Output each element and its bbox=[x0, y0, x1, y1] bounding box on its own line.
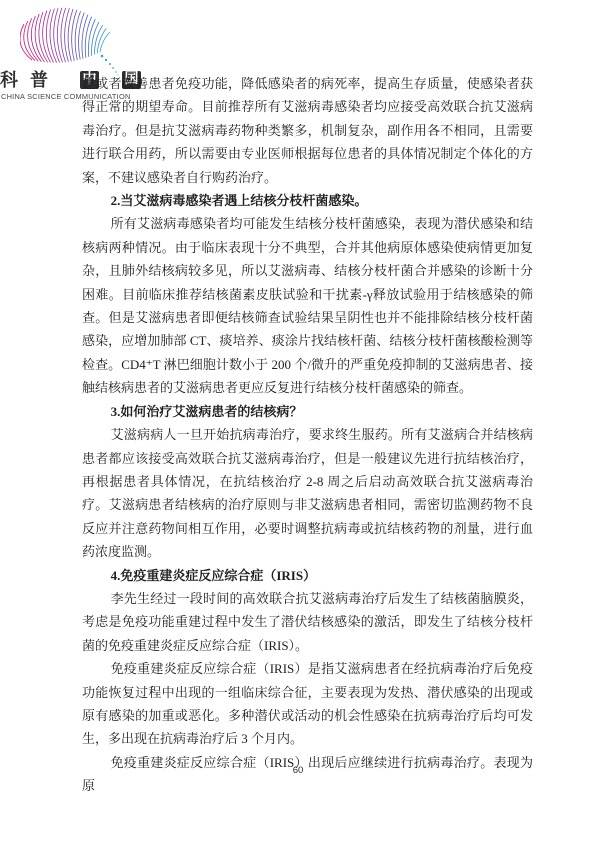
logo-char-pu: 普 bbox=[30, 71, 48, 90]
paragraph: 所有艾滋病毒感染者均可能发生结核分枝杆菌感染，表现为潜伏感染和结核病两种情况。由… bbox=[82, 212, 533, 399]
paragraph: 艾滋病病人一旦开始抗病毒治疗，要求终生服药。所有艾滋病合并结核病患者都应该接受高… bbox=[82, 423, 533, 563]
document-page: 科 普 中 国 CHINA SCIENCE COMMUNICATION 建或者改… bbox=[0, 0, 596, 842]
section-heading: 3.如何治疗艾滋病患者的结核病？ bbox=[82, 400, 533, 423]
section-heading: 4.免疫重建炎症反应综合症（IRIS） bbox=[82, 564, 533, 587]
document-body: 建或者改善患者免疫功能，降低感染者的病死率，提高生存质量，使感染者获得正常的期望… bbox=[82, 72, 533, 798]
page-number: 60 bbox=[0, 765, 596, 776]
paragraph: 免疫重建炎症反应综合症（IRIS）是指艾滋病患者在经抗病毒治疗后免疫功能恢复过程… bbox=[82, 657, 533, 751]
logo-swoosh-icon bbox=[20, 2, 120, 80]
paragraph: 建或者改善患者免疫功能，降低感染者的病死率，提高生存质量，使感染者获得正常的期望… bbox=[82, 72, 533, 189]
logo-char-ke: 科 bbox=[0, 71, 18, 90]
section-heading: 2.当艾滋病毒感染者遇上结核分枝杆菌感染。 bbox=[82, 189, 533, 212]
paragraph: 李先生经过一段时间的高效联合抗艾滋病毒治疗后发生了结核菌脑膜炎，考虑是免疫功能重… bbox=[82, 587, 533, 657]
